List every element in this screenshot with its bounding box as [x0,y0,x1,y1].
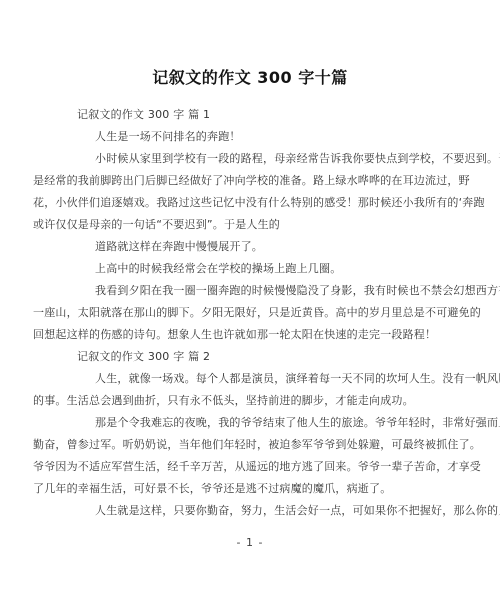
text-line: 一座山，太阳就落在那山的脚下。夕阳无限好，只是近黄昏。高中的岁月里总是不可避免的 [33,302,467,324]
text-line: 或许仅仅是母亲的一句话“不要迟到”。于是人生的 [33,214,467,236]
text-line: 那是个令我难忘的夜晚，我的爷爷结束了他人生的旅途。爷爷年轻时，非常好强而且 [33,412,467,434]
page-number: - 1 - [0,532,500,554]
document-body: 记叙文的作文 300 字 篇 1人生是一场不问排名的奔跑！小时候从家里到学校有一… [33,104,467,522]
text-line: 人生，就像一场戏。每个人都是演员，演绎着每一天不同的坎坷人生。没有一帆风顺 [33,368,467,390]
text-line: 道路就这样在奔跑中慢慢展开了。 [33,236,467,258]
text-line: 上高中的时候我经常会在学校的操场上跑上几圈。 [33,258,467,280]
document-title: 记叙文的作文 300 字十篇 [0,66,500,90]
text-line: 了几年的幸福生活，可好景不长，爷爷还是逃不过病魔的魔爪，病逝了。 [33,478,467,500]
section-heading-line: 记叙文的作文 300 字 篇 1 [33,104,467,126]
text-line: 我看到夕阳在我一圈一圈奔跑的时候慢慢隐没了身影，我有时候也不禁会幻想西方有 [33,280,467,302]
text-line: 人生就是这样，只要你勤奋，努力，生活会好一点，可如果你不把握好，那么你的人 [33,500,467,522]
document-page: 记叙文的作文 300 字十篇 记叙文的作文 300 字 篇 1人生是一场不问排名… [0,0,500,594]
text-line: 花，小伙伴们追逐嬉戏。我路过这些记忆中没有什么特别的感受！那时候还小我所有的‘奔… [33,192,467,214]
text-line: 回想起这样的伤感的诗句。想象人生也许就如那一轮太阳在快速的走完一段路程！ [33,324,467,346]
text-line: 的事。生活总会遇到曲折，只有永不低头，坚持前进的脚步，才能走向成功。 [33,390,467,412]
text-line: 爷爷因为不适应军营生活，经千辛万苦，从遥远的地方逃了回来。爷爷一辈子苦命，才享受 [33,456,467,478]
section-heading-line: 记叙文的作文 300 字 篇 2 [33,346,467,368]
text-line: 人生是一场不问排名的奔跑！ [33,126,467,148]
text-line: 是经常的我前脚跨出门后脚已经做好了冲向学校的准备。路上绿水哗哗的在耳边流过，野 [33,170,467,192]
text-line: 勤奋，曾参过军。听奶奶说，当年他们年轻时，被迫参军爷爷到处躲避，可最终被抓住了。 [33,434,467,456]
text-line: 小时候从家里到学校有一段的路程，母亲经常告诉我你要快点到学校，不要迟到。于 [33,148,467,170]
